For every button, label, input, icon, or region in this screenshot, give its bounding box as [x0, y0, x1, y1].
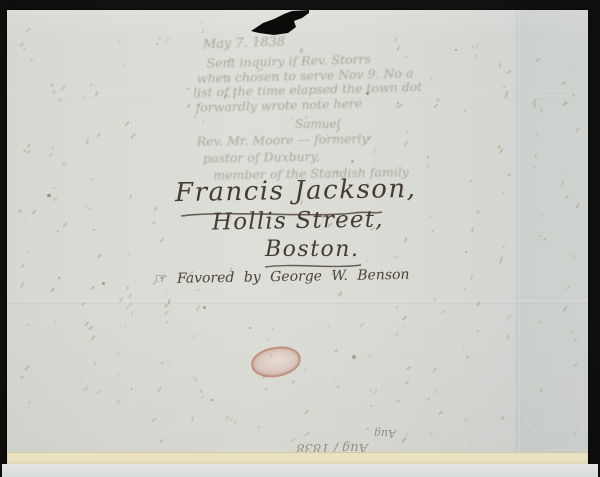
photograph-background: May 7. 1838 Sent inquiry if Rev. Storrs … — [0, 0, 600, 477]
stain-speck — [465, 251, 467, 253]
bleedthrough-stroke — [186, 104, 190, 109]
red-wax-seal-residue — [249, 344, 303, 381]
carrier-note-text: Favored by George W. Benson — [177, 267, 410, 287]
bleedthrough-stroke — [128, 294, 132, 298]
bleedthrough-stroke — [52, 90, 56, 94]
bleedthrough-stroke — [159, 438, 163, 443]
bleedthrough-stroke — [90, 335, 95, 340]
bleedthrough-stroke — [462, 345, 465, 349]
bleedthrough-stroke — [192, 333, 197, 338]
pencil-date-note: May 7. 1838 — [203, 35, 286, 53]
bleedthrough-stroke — [438, 411, 443, 415]
bleedthrough-stroke — [23, 47, 26, 50]
bleedthrough-stroke — [91, 286, 95, 290]
bleedthrough-stroke — [153, 206, 157, 211]
bleedthrough-stroke — [97, 253, 102, 258]
bleedthrough-stroke — [193, 374, 196, 379]
bleedthrough-stroke — [367, 353, 371, 358]
bleedthrough-stroke — [127, 253, 130, 256]
under-leaf-edge — [2, 464, 598, 477]
bleedthrough-stroke — [167, 362, 170, 365]
bleedthrough-stroke — [23, 149, 26, 152]
vertical-fold-line — [133, 10, 136, 452]
stain-speck — [58, 277, 60, 279]
bleedthrough-stroke — [124, 324, 126, 327]
bleedthrough-stroke — [191, 416, 194, 421]
bleedthrough-stroke — [20, 263, 25, 268]
bleedthrough-stroke — [499, 61, 502, 68]
bleedthrough-stroke — [265, 387, 269, 391]
bleedthrough-stroke — [463, 109, 466, 112]
bleedthrough-stroke — [369, 388, 373, 391]
bleedthrough-stroke — [20, 282, 24, 288]
bleedthrough-stroke — [93, 228, 96, 231]
bleedthrough-stroke — [83, 386, 89, 390]
bleedthrough-stroke — [405, 382, 409, 386]
bleedthrough-stroke — [326, 326, 329, 330]
pencil-note-block: Sent inquiry if Rev. Storrs when chosen … — [192, 51, 423, 115]
bleedthrough-stroke — [502, 192, 505, 195]
bleedthrough-stroke — [404, 237, 408, 243]
bleedthrough-stroke — [90, 82, 94, 87]
pencil-small-word: Samuel — [295, 117, 340, 131]
bleedthrough-stroke — [199, 388, 203, 392]
bleedthrough-stroke — [291, 116, 294, 120]
bleedthrough-stroke — [117, 400, 120, 405]
bleedthrough-stroke — [164, 304, 168, 307]
address-city: Boston. — [265, 237, 359, 262]
bleedthrough-stroke — [96, 132, 100, 137]
bleedthrough-stroke — [24, 365, 29, 371]
bleedthrough-stroke — [163, 310, 169, 315]
bleedthrough-stroke — [31, 209, 36, 215]
bleedthrough-stroke — [499, 256, 502, 262]
bleedthrough-stroke — [160, 361, 164, 365]
bleedthrough-stroke — [86, 139, 89, 145]
bleedthrough-stroke — [507, 173, 511, 176]
bleedthrough-stroke — [468, 441, 470, 444]
bleedthrough-stroke — [117, 350, 122, 355]
address-recipient-name: Francis Jackson, — [175, 174, 417, 208]
bleedthrough-stroke — [48, 153, 53, 157]
bleedthrough-stroke — [26, 250, 29, 254]
bleedthrough-stroke — [430, 215, 433, 218]
bleedthrough-stroke — [463, 288, 466, 291]
bleedthrough-stroke — [164, 291, 167, 294]
bleedthrough-stroke — [196, 305, 200, 311]
bleedthrough-stroke — [394, 254, 399, 259]
bleedthrough-stroke — [25, 27, 31, 32]
bleedthrough-stroke — [466, 355, 469, 358]
bleedthrough-stroke — [332, 381, 335, 384]
bleedthrough-stroke — [476, 329, 479, 332]
bleedthrough-stroke — [365, 259, 368, 262]
bleedthrough-stroke — [271, 327, 274, 330]
bleedthrough-stroke — [427, 163, 430, 167]
bleedthrough-stroke — [125, 304, 129, 309]
bleedthrough-stroke — [199, 22, 202, 24]
bleedthrough-stroke — [497, 145, 501, 149]
bleedthrough-stroke — [56, 229, 59, 232]
bleedthrough-stroke — [426, 155, 429, 159]
bleedthrough-stroke — [127, 286, 130, 289]
stain-speck — [102, 282, 105, 285]
stain-speck — [47, 194, 50, 197]
bleedthrough-stroke — [61, 85, 66, 91]
bleedthrough-stroke — [299, 48, 302, 52]
bleedthrough-stroke — [161, 237, 164, 242]
bleedthrough-stroke — [463, 417, 468, 423]
bleedthrough-stroke — [440, 310, 445, 314]
bleedthrough-stroke — [201, 119, 204, 124]
bleedthrough-stroke — [395, 306, 398, 309]
letter-address-leaf: May 7. 1838 Sent inquiry if Rev. Storrs … — [7, 10, 588, 464]
bleedthrough-stroke — [334, 349, 338, 353]
bleedthrough-stroke — [116, 373, 119, 377]
bleedthrough-stroke — [506, 314, 511, 320]
bleedthrough-stroke — [336, 384, 339, 388]
bleedthrough-stroke — [90, 177, 92, 180]
bleedthrough-stroke — [405, 431, 410, 436]
bleedthrough-stroke — [502, 245, 505, 248]
pointing-hand-icon: ☞ — [155, 271, 168, 287]
bleedthrough-stroke — [159, 239, 162, 242]
bleedthrough-stroke — [429, 77, 432, 81]
bleedthrough-stroke — [53, 196, 58, 201]
bleedthrough-stroke — [432, 367, 436, 372]
bleedthrough-stroke — [84, 321, 88, 326]
bleedthrough-stroke — [507, 70, 511, 74]
bleedthrough-stroke — [62, 222, 67, 227]
bleedthrough-stroke — [18, 209, 22, 213]
bleedthrough-stroke — [195, 378, 198, 382]
bleedthrough-stroke — [26, 150, 31, 154]
bleedthrough-stroke — [20, 375, 24, 378]
black-wax-seal — [247, 10, 309, 37]
bleedthrough-stroke — [477, 210, 481, 214]
bleedthrough-stroke — [406, 366, 411, 370]
bleedthrough-stroke — [166, 37, 170, 42]
bleedthrough-stroke — [54, 319, 57, 322]
bleedthrough-stroke — [469, 274, 473, 281]
bleedthrough-stroke — [473, 54, 478, 59]
bleedthrough-stroke — [503, 85, 505, 88]
bleedthrough-stroke — [186, 87, 189, 90]
bleedthrough-stroke — [292, 380, 295, 384]
bleedthrough-stroke — [19, 42, 24, 46]
bleedthrough-stroke — [193, 115, 197, 119]
bleedthrough-stroke — [50, 82, 53, 86]
bleedthrough-stroke — [200, 395, 203, 400]
bleedthrough-stroke — [27, 143, 30, 148]
bleedthrough-stroke — [81, 376, 84, 379]
bleedthrough-stroke — [53, 187, 55, 190]
paper-shading — [515, 10, 588, 452]
bleedthrough-stroke — [151, 220, 156, 224]
bleedthrough-stroke — [64, 162, 67, 167]
bleedthrough-stroke — [51, 287, 55, 292]
bleedthrough-stroke — [471, 45, 474, 49]
bleedthrough-stroke — [498, 259, 502, 264]
bleedthrough-stroke — [506, 334, 509, 340]
bleedthrough-stroke — [402, 315, 407, 320]
bleedthrough-stroke — [431, 229, 434, 232]
bleedthrough-stroke — [125, 121, 130, 126]
bleedthrough-stroke — [61, 162, 64, 166]
bleedthrough-stroke — [83, 204, 89, 209]
bleedthrough-stroke — [395, 333, 398, 338]
stain-speck — [203, 306, 206, 309]
bleedthrough-stroke — [427, 397, 430, 400]
stain-speck — [211, 399, 214, 402]
bleedthrough-stroke — [370, 405, 372, 408]
bleedthrough-stroke — [394, 37, 397, 42]
stain-speck — [249, 327, 252, 330]
bleedthrough-stroke — [429, 431, 433, 435]
bleedthrough-stroke — [499, 148, 502, 154]
bleedthrough-stroke — [26, 323, 29, 326]
bleedthrough-stroke — [24, 219, 27, 222]
bleedthrough-stroke — [158, 36, 161, 39]
bleedthrough-stroke — [151, 418, 157, 423]
bleedthrough-stroke — [433, 104, 437, 109]
bleedthrough-stroke — [201, 30, 203, 33]
bleedthrough-stroke — [28, 401, 30, 404]
bleedthrough-stroke — [470, 179, 473, 182]
bleedthrough-stroke — [117, 39, 120, 43]
bleedthrough-stroke — [88, 207, 92, 211]
bleedthrough-stroke — [165, 320, 169, 324]
bleedthrough-stroke — [265, 336, 271, 341]
bleedthrough-stroke — [96, 389, 101, 394]
bleedthrough-stroke — [88, 326, 93, 330]
bleedthrough-stroke — [51, 147, 54, 150]
bleedthrough-stroke — [397, 45, 400, 52]
bleedthrough-stroke — [123, 63, 126, 66]
address-carrier-note: ☞ Favored by George W. Benson — [155, 267, 410, 287]
bleedthrough-stroke — [471, 227, 474, 232]
stain-speck — [352, 355, 356, 359]
bleedthrough-stroke — [93, 361, 97, 366]
bleedthrough-stroke — [359, 322, 364, 327]
bleedthrough-stroke — [155, 42, 158, 45]
bleedthrough-stroke — [129, 194, 132, 199]
bleedthrough-stroke — [435, 390, 437, 393]
horizontal-crease — [7, 300, 588, 304]
bleedthrough-stroke — [338, 291, 343, 297]
bleedthrough-stroke — [116, 311, 119, 314]
bleedthrough-stroke — [86, 135, 90, 139]
inscription-small-word: Aug — [207, 427, 396, 440]
bleedthrough-stroke — [30, 58, 33, 61]
bleedthrough-stroke — [197, 288, 199, 291]
bleedthrough-stroke — [403, 325, 406, 328]
bleedthrough-stroke — [501, 415, 505, 419]
bleedthrough-stroke — [396, 399, 400, 403]
bleedthrough-stroke — [475, 43, 480, 49]
bleedthrough-stroke — [157, 387, 162, 392]
address-street: Hollis Street, — [212, 207, 384, 236]
stain-speck — [455, 49, 457, 51]
